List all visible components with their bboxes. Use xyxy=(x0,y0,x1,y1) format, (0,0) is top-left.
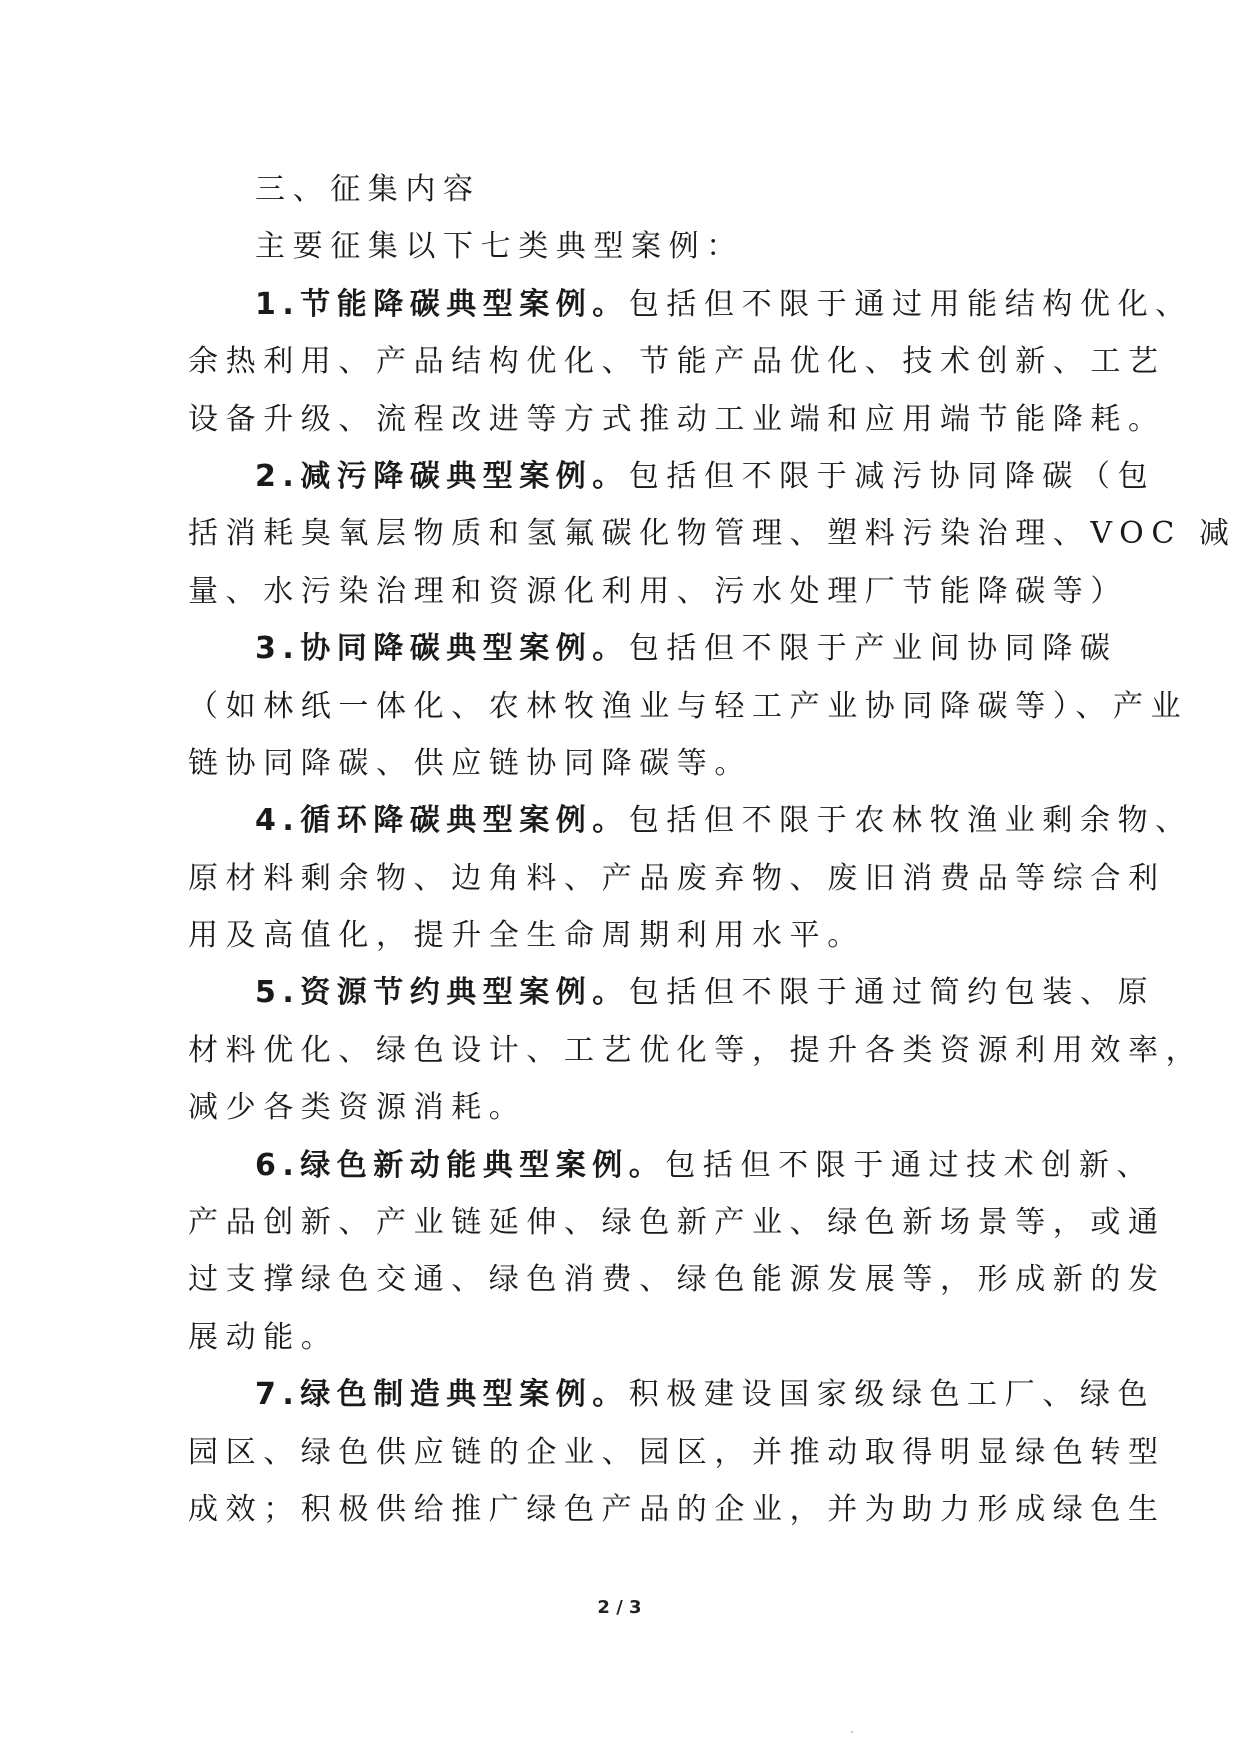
case-item-3: 3.协同降碳典型案例。包括但不限于产业间协同降碳 （如林纸一体化、农林牧渔业与轻… xyxy=(188,620,1068,792)
case-item-title: 节能降碳典型案例。 xyxy=(300,287,629,322)
case-item-number: 7. xyxy=(255,1377,300,1412)
case-item-number: 5. xyxy=(255,975,300,1010)
case-item-4: 4.循环降碳典型案例。包括但不限于农林牧渔业剩余物、 原材料剩余物、边角料、产品… xyxy=(188,792,1068,964)
case-item-text: 包括但不限于减污协同降碳（包 xyxy=(629,459,1155,494)
case-item-1: 1.节能降碳典型案例。包括但不限于通过用能结构优化、 余热利用、产品结构优化、节… xyxy=(188,276,1068,448)
case-item-text: 包括但不限于农林牧渔业剩余物、 xyxy=(629,803,1193,838)
case-item-number: 4. xyxy=(255,803,300,838)
case-item-6: 6.绿色新动能典型案例。包括但不限于通过技术创新、 产品创新、产业链延伸、绿色新… xyxy=(188,1137,1068,1367)
case-item-text-line: 过支撑绿色交通、绿色消费、绿色能源发展等，形成新的发 xyxy=(188,1251,1068,1308)
case-item-7: 7.绿色制造典型案例。积极建设国家级绿色工厂、绿色 园区、绿色供应链的企业、园区… xyxy=(188,1366,1068,1538)
document-body: 三、征集内容 主要征集以下七类典型案例： 1.节能降碳典型案例。包括但不限于通过… xyxy=(188,161,1068,1538)
case-item-number: 6. xyxy=(255,1148,300,1183)
case-item-text-line: 材料优化、绿色设计、工艺优化等，提升各类资源利用效率， xyxy=(188,1022,1068,1079)
case-item-text: 包括但不限于产业间协同降碳 xyxy=(629,631,1118,666)
document-page: 三、征集内容 主要征集以下七类典型案例： 1.节能降碳典型案例。包括但不限于通过… xyxy=(0,0,1239,1752)
case-item-text: 包括但不限于通过简约包装、原 xyxy=(629,975,1155,1010)
case-item-text-line: 用及高值化，提升全生命周期利用水平。 xyxy=(188,907,1068,964)
case-item-text-line: 量、水污染治理和资源化利用、污水处理厂节能降碳等） xyxy=(188,563,1068,620)
case-item-title: 绿色新动能典型案例。 xyxy=(300,1148,665,1183)
case-item-title: 资源节约典型案例。 xyxy=(300,975,629,1010)
case-item-text-line: 链协同降碳、供应链协同降碳等。 xyxy=(188,735,1068,792)
case-item-number: 3. xyxy=(255,631,300,666)
case-item-text: 包括但不限于通过用能结构优化、 xyxy=(629,287,1193,322)
case-item-text-line: （如林纸一体化、农林牧渔业与轻工产业协同降碳等）、产业 xyxy=(188,678,1068,735)
case-item-text-line: 设备升级、流程改进等方式推动工业端和应用端节能降耗。 xyxy=(188,391,1068,448)
case-item-text: 积极建设国家级绿色工厂、绿色 xyxy=(629,1377,1155,1412)
case-item-number: 2. xyxy=(255,459,300,494)
case-item-first-line: 2.减污降碳典型案例。包括但不限于减污协同降碳（包 xyxy=(188,448,1068,505)
case-item-text-line: 减少各类资源消耗。 xyxy=(188,1079,1068,1136)
page-number: 2 / 3 xyxy=(0,1597,1239,1618)
case-item-number: 1. xyxy=(255,287,300,322)
case-item-text-line: 园区、绿色供应链的企业、园区，并推动取得明显绿色转型 xyxy=(188,1424,1068,1481)
case-item-text-line: 原材料剩余物、边角料、产品废弃物、废旧消费品等综合利 xyxy=(188,850,1068,907)
case-item-first-line: 4.循环降碳典型案例。包括但不限于农林牧渔业剩余物、 xyxy=(188,792,1068,849)
case-item-2: 2.减污降碳典型案例。包括但不限于减污协同降碳（包 括消耗臭氧层物质和氢氟碳化物… xyxy=(188,448,1068,620)
case-item-first-line: 7.绿色制造典型案例。积极建设国家级绿色工厂、绿色 xyxy=(188,1366,1068,1423)
case-item-first-line: 6.绿色新动能典型案例。包括但不限于通过技术创新、 xyxy=(188,1137,1068,1194)
case-item-first-line: 3.协同降碳典型案例。包括但不限于产业间协同降碳 xyxy=(188,620,1068,677)
case-item-first-line: 1.节能降碳典型案例。包括但不限于通过用能结构优化、 xyxy=(188,276,1068,333)
case-item-title: 协同降碳典型案例。 xyxy=(300,631,629,666)
case-item-text-line: 括消耗臭氧层物质和氢氟碳化物管理、塑料污染治理、VOC 减 xyxy=(188,505,1068,562)
case-item-text-line: 产品创新、产业链延伸、绿色新产业、绿色新场景等，或通 xyxy=(188,1194,1068,1251)
intro-paragraph: 主要征集以下七类典型案例： xyxy=(188,218,1068,275)
case-item-text-line: 余热利用、产品结构优化、节能产品优化、技术创新、工艺 xyxy=(188,333,1068,390)
case-item-text-line: 成效；积极供给推广绿色产品的企业，并为助力形成绿色生 xyxy=(188,1481,1068,1538)
case-item-5: 5.资源节约典型案例。包括但不限于通过简约包装、原 材料优化、绿色设计、工艺优化… xyxy=(188,964,1068,1136)
case-item-first-line: 5.资源节约典型案例。包括但不限于通过简约包装、原 xyxy=(188,964,1068,1021)
case-item-text-line: 展动能。 xyxy=(188,1309,1068,1366)
case-item-text: 包括但不限于通过技术创新、 xyxy=(665,1148,1154,1183)
scan-speck xyxy=(851,1731,853,1733)
case-item-title: 绿色制造典型案例。 xyxy=(300,1377,629,1412)
section-heading: 三、征集内容 xyxy=(188,161,1068,218)
case-item-title: 循环降碳典型案例。 xyxy=(300,803,629,838)
case-item-title: 减污降碳典型案例。 xyxy=(300,459,629,494)
